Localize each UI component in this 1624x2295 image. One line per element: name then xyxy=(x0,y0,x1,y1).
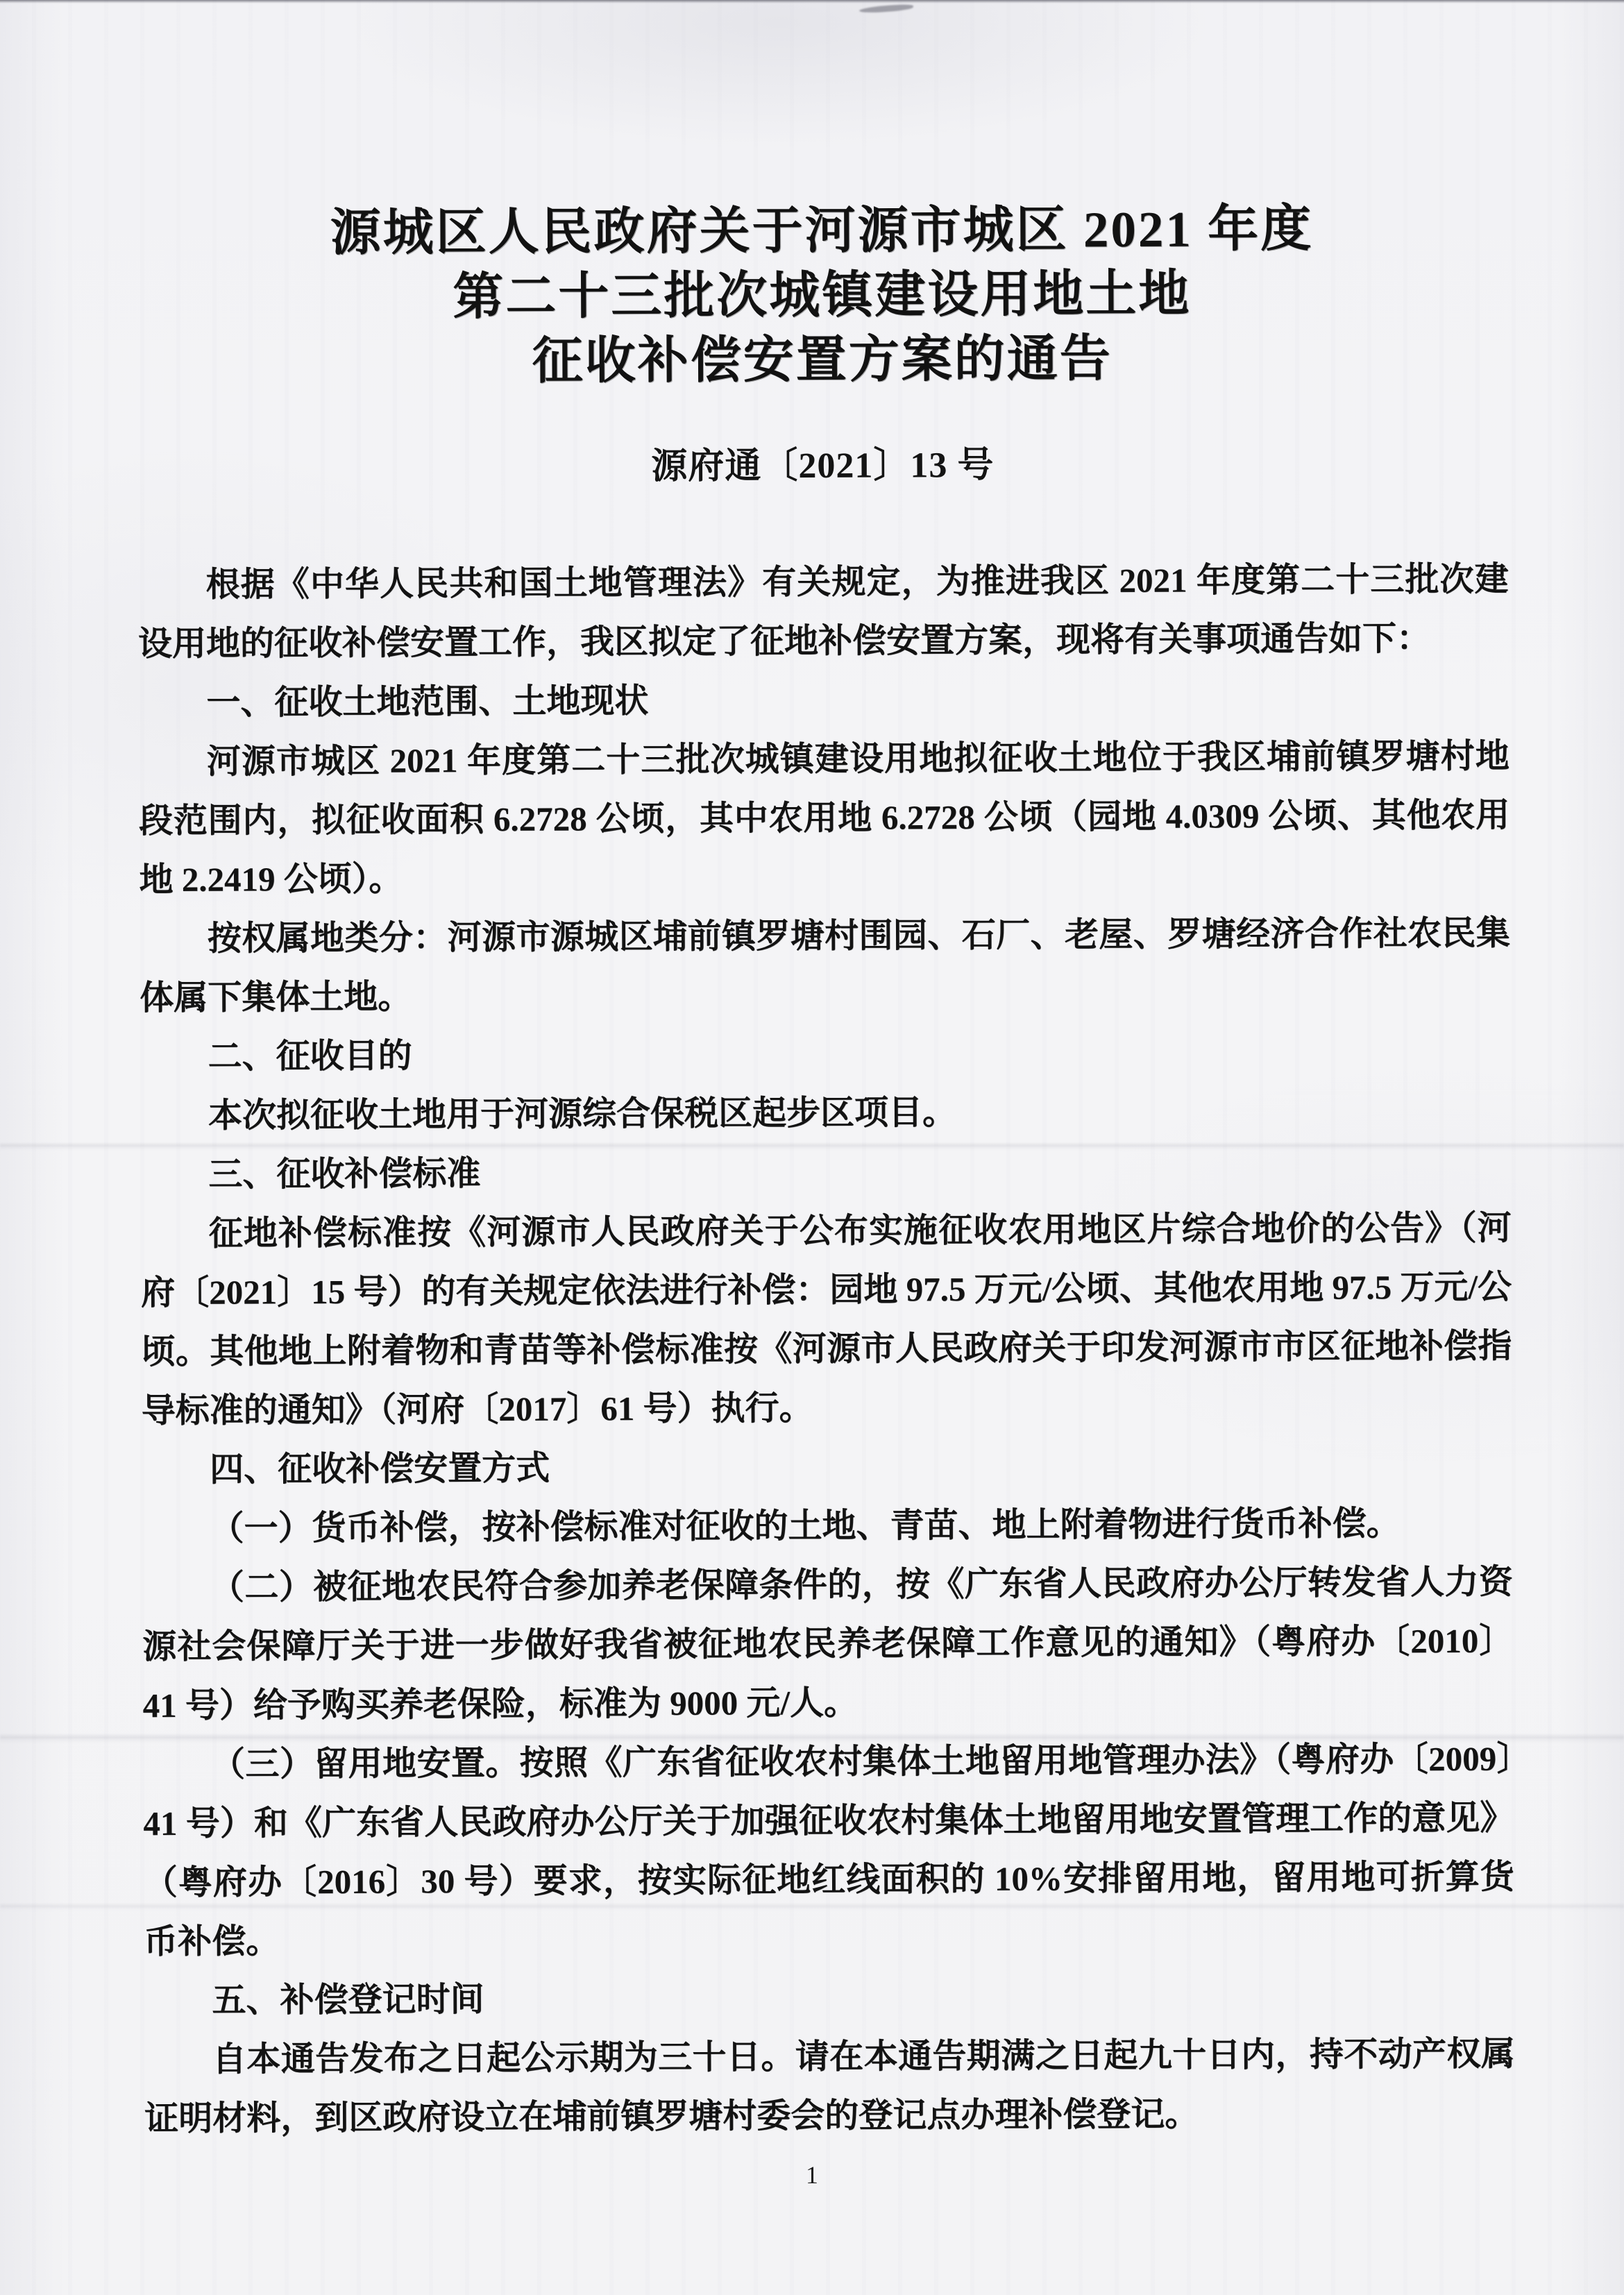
page-number: 1 xyxy=(0,2160,1624,2190)
document-page: 源城区人民政府关于河源市城区 2021 年度 第二十三批次城镇建设用地土地 征收… xyxy=(0,0,1624,2295)
body-paragraph: （一）货币补偿，按补偿标准对征收的土地、青苗、地上附着物进行货币补偿。 xyxy=(142,1493,1512,1559)
body-paragraph: 河源市城区 2021 年度第二十三批次城镇建设用地拟征收土地位于我区埔前镇罗塘村… xyxy=(139,727,1510,910)
body-paragraph: 自本通告发布之日起公示期为三十日。请在本通告期满之日起九十日内，持不动产权属证明… xyxy=(144,2024,1516,2149)
section-heading: 四、征收补偿安置方式 xyxy=(142,1434,1512,1500)
section-heading: 二、征收目的 xyxy=(139,1022,1510,1087)
notice-body: 根据《中华人民共和国土地管理法》有关规定，为推进我区 2021 年度第二十三批次… xyxy=(137,550,1515,2149)
body-paragraph: 根据《中华人民共和国土地管理法》有关规定，为推进我区 2021 年度第二十三批次… xyxy=(137,550,1509,674)
body-paragraph: 按权属地类分：河源市源城区埔前镇罗塘村围园、石厂、老屋、罗塘经济合作社农民集体属… xyxy=(139,904,1511,1028)
body-paragraph: （三）留用地安置。按照《广东省征收农村集体土地留用地管理办法》（粤府办〔2009… xyxy=(143,1729,1514,1972)
section-heading: 一、征收土地范围、土地现状 xyxy=(138,668,1509,733)
notice-title-line: 第二十三批次城镇建设用地土地 xyxy=(137,260,1507,331)
body-paragraph: 本次拟征收土地用于河源综合保税区起步区项目。 xyxy=(140,1081,1511,1146)
doc-number: 源府通〔2021〕13 号 xyxy=(137,442,1508,491)
body-paragraph: 征地补偿标准按《河源市人民政府关于公布实施征收农用地区片综合地价的公告》（河府〔… xyxy=(141,1199,1512,1441)
section-heading: 三、征收补偿标准 xyxy=(140,1140,1511,1205)
notice-title-line: 征收补偿安置方案的通告 xyxy=(137,325,1507,396)
body-paragraph: （二）被征地农民符合参加养老保障条件的，按《广东省人民政府办公厅转发省人力资源社… xyxy=(142,1552,1514,1736)
document-content: 源城区人民政府关于河源市城区 2021 年度 第二十三批次城镇建设用地土地 征收… xyxy=(135,0,1515,2148)
notice-title: 源城区人民政府关于河源市城区 2021 年度 第二十三批次城镇建设用地土地 征收… xyxy=(136,196,1507,396)
notice-title-line: 源城区人民政府关于河源市城区 2021 年度 xyxy=(136,196,1507,266)
section-heading: 五、补偿登记时间 xyxy=(144,1965,1514,2031)
